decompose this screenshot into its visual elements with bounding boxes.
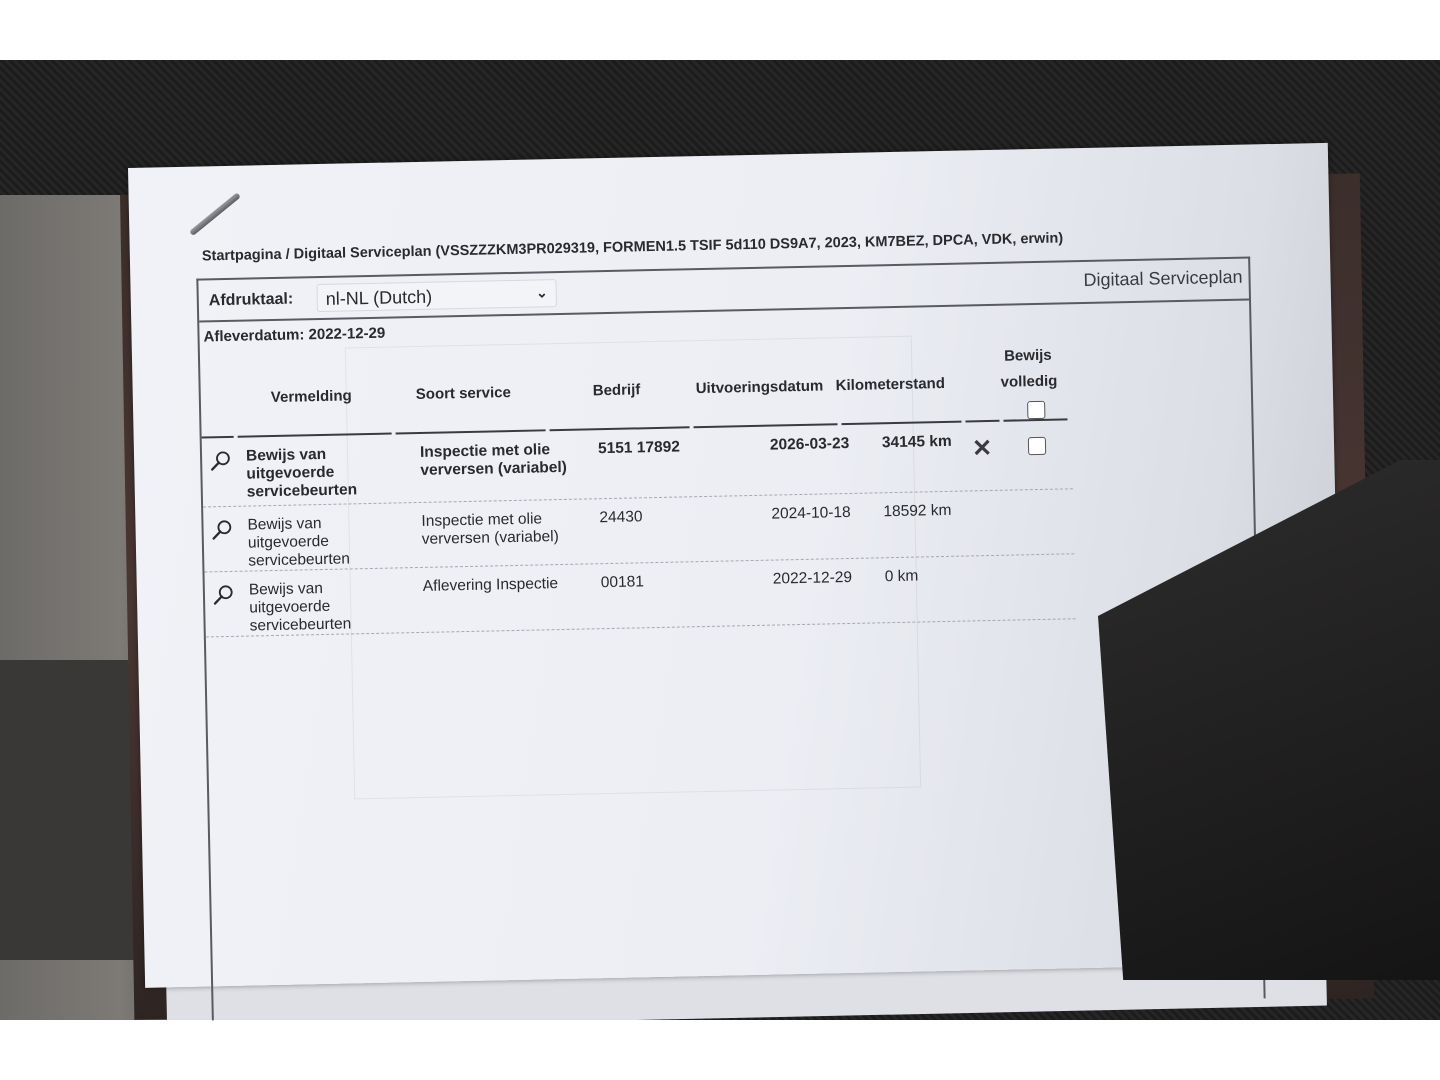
cell-vermelding: Bewijs van uitgevoerde servicebeurten xyxy=(246,444,397,501)
plan-title: Digitaal Serviceplan xyxy=(1083,267,1242,291)
cell-kilometerstand: 34145 km xyxy=(882,433,952,452)
header-bewijs: Bewijs xyxy=(1004,347,1052,365)
table-body: Bewijs van uitgevoerde servicebeurten In… xyxy=(202,420,1076,637)
cell-bedrijf: 00181 xyxy=(601,573,644,592)
magnifier-icon[interactable] xyxy=(210,450,232,472)
cell-uitvoeringsdatum: 2026-03-23 xyxy=(770,435,850,455)
cell-soort-service: Inspectie met olie verversen (variabel) xyxy=(420,441,581,480)
cell-bedrijf: 24430 xyxy=(599,508,642,527)
print-language-select[interactable]: nl-NL (Dutch) ⌄ xyxy=(316,279,557,312)
header-bedrijf: Bedrijf xyxy=(593,381,641,399)
cell-vermelding: Bewijs van uitgevoerde servicebeurten xyxy=(249,578,400,635)
x-mark-icon[interactable]: ✕ xyxy=(972,434,993,463)
service-table: Vermelding Soort service Bedrijf Uitvoer… xyxy=(200,340,1076,637)
language-row: Afdruktaal: nl-NL (Dutch) ⌄ Digitaal Ser… xyxy=(198,259,1249,323)
print-language-value: nl-NL (Dutch) xyxy=(326,287,433,310)
cell-soort-service: Aflevering Inspectie xyxy=(423,575,583,596)
cell-uitvoeringsdatum: 2022-12-29 xyxy=(773,569,853,589)
header-vermelding: Vermelding xyxy=(271,387,352,406)
cell-bedrijf: 5151 17892 xyxy=(598,439,680,459)
delivery-date: Afleverdatum: 2022-12-29 xyxy=(203,325,385,346)
header-soort-service: Soort service xyxy=(416,384,511,403)
header-kilometerstand: Kilometerstand xyxy=(836,375,946,394)
magnifier-icon[interactable] xyxy=(213,584,235,606)
magnifier-icon[interactable] xyxy=(211,519,233,541)
header-volledig: volledig xyxy=(1001,373,1058,391)
cell-uitvoeringsdatum: 2024-10-18 xyxy=(771,504,851,524)
proof-complete-checkbox[interactable] xyxy=(1028,437,1046,455)
cell-kilometerstand: 0 km xyxy=(885,568,919,587)
staple-icon xyxy=(189,192,241,236)
print-language-label: Afdruktaal: xyxy=(209,291,294,311)
header-uitvoeringsdatum: Uitvoeringsdatum xyxy=(696,377,824,397)
breadcrumb[interactable]: Startpagina / Digitaal Serviceplan (VSSZ… xyxy=(202,230,1064,264)
select-all-checkbox[interactable] xyxy=(1027,401,1045,419)
cell-vermelding: Bewijs van uitgevoerde servicebeurten xyxy=(247,513,398,570)
cell-soort-service: Inspectie met olie verversen (variabel) xyxy=(421,510,582,549)
cell-kilometerstand: 18592 km xyxy=(883,502,951,521)
chevron-down-icon: ⌄ xyxy=(536,284,548,301)
